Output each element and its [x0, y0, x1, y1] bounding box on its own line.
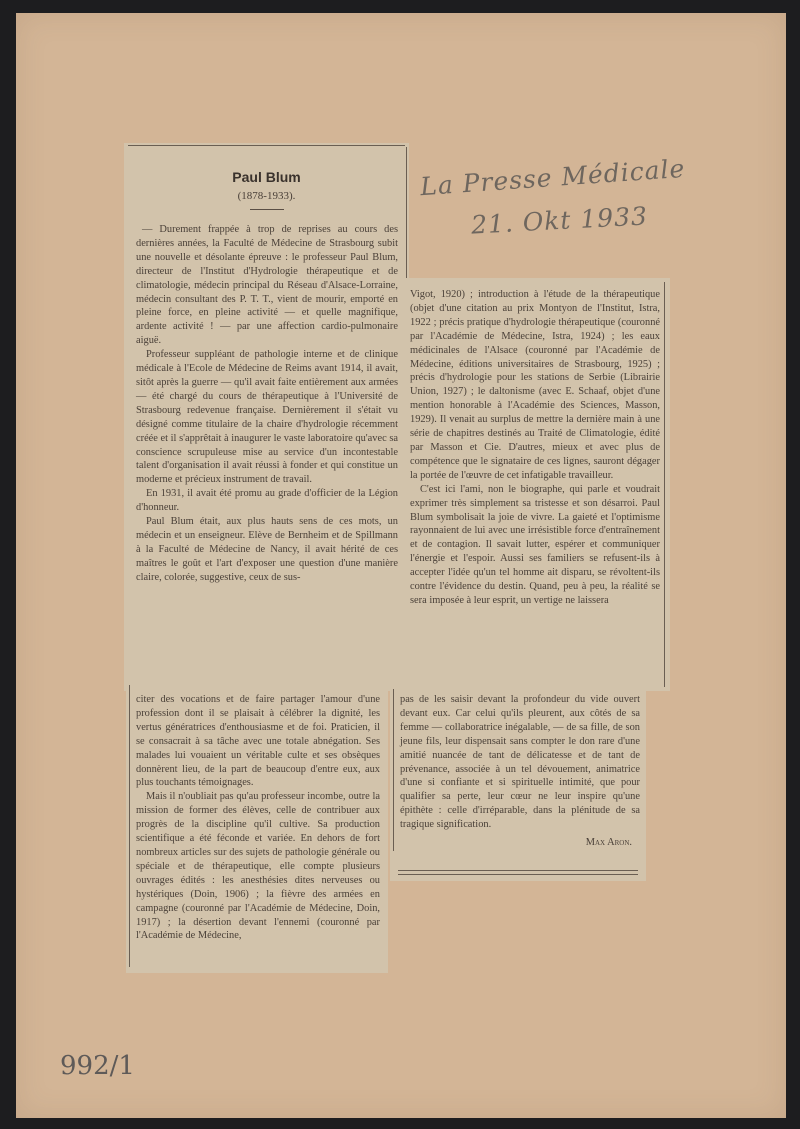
paragraph: Paul Blum était, aux plus hauts sens de … [136, 515, 398, 585]
article-title: Paul Blum [124, 169, 409, 185]
paragraph: En 1931, il avait été promu au grade d'o… [136, 487, 398, 515]
clipping-column-1: Paul Blum (1878-1933). — Durement frappé… [124, 143, 409, 691]
bottom-rule [398, 870, 638, 871]
paragraph: pas de les saisir devant la profondeur d… [400, 693, 640, 832]
paragraph: — Durement frappée à trop de reprises au… [136, 223, 398, 348]
archive-sheet: La Presse Médicale 21. Okt 1933 Paul Blu… [16, 13, 786, 1118]
article-column-2: Vigot, 1920) ; introduction à l'étude de… [410, 288, 660, 608]
clipping-column-2: Vigot, 1920) ; introduction à l'étude de… [404, 278, 670, 691]
column-rule [664, 282, 665, 687]
column-rule [129, 685, 130, 967]
clipping-column-3: citer des vocations et de faire partager… [126, 681, 388, 973]
paragraph: Professeur suppléant de pathologie inter… [136, 348, 398, 487]
article-column-1: — Durement frappée à trop de reprises au… [136, 223, 398, 585]
handwritten-shelf-mark: 992/1 [60, 1051, 135, 1081]
paragraph: citer des vocations et de faire partager… [136, 693, 380, 790]
top-rule [128, 145, 405, 146]
bottom-rule-2 [398, 874, 638, 875]
title-divider [250, 209, 284, 210]
paragraph: C'est ici l'ami, non le biographe, qui p… [410, 483, 660, 608]
clipping-column-4: pas de les saisir devant la profondeur d… [390, 685, 646, 881]
paragraph: Mais il n'oubliait pas qu'au professeur … [136, 790, 380, 943]
paragraph: Vigot, 1920) ; introduction à l'étude de… [410, 288, 660, 483]
article-dates: (1878-1933). [124, 190, 409, 202]
author-signature: Max Aron. [400, 836, 640, 850]
handwritten-date: 21. Okt 1933 [470, 201, 648, 239]
column-rule [393, 689, 394, 851]
handwritten-source: La Presse Médicale [419, 154, 686, 201]
article-column-3: citer des vocations et de faire partager… [136, 693, 380, 943]
article-column-4: pas de les saisir devant la profondeur d… [400, 693, 640, 850]
